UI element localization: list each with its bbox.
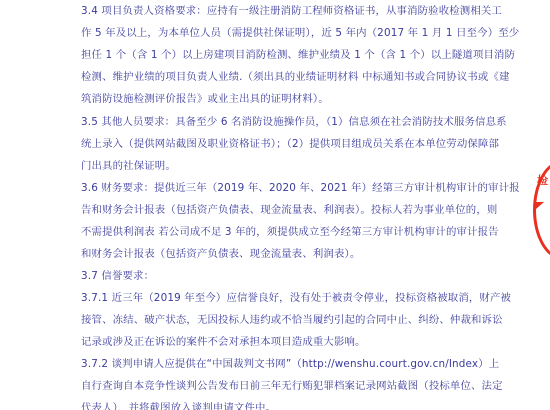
text-line: 3.5 其他人员要求：具备至少 6 名消防设施操作员，（1）信息须在社会消防技术…	[81, 115, 507, 129]
text-line: 检测、维护业绩的项目负责人业绩.（须出具的业绩证明材料 中标通知书或合同协议书或…	[81, 70, 510, 84]
text-line: 代表人），并将截图放入谈判申请文件中。	[81, 401, 276, 410]
seal-star-icon	[536, 202, 544, 209]
text-line: 记录或涉及正在诉讼的案件不会对承担本项目造成重大影响。	[81, 335, 366, 349]
text-line: 3.6 财务要求：提供近三年（2019 年、2020 年、2021 年）经第三方…	[81, 181, 520, 195]
text-line: 担任 1 个（含 1 个）以上房建项目消防检测、维护业绩及 1 个（含 1 个）…	[81, 48, 515, 62]
text-line: 3.7.2 谈判申请人应提供在“中国裁判文书网”（http://wenshu.c…	[81, 357, 499, 371]
text-line: 统上录入（提供网站截图及职业资格证书）；（2）提供项目组成员关系在本单位劳动保障…	[81, 137, 499, 151]
text-line: 接管、冻结、破产状态，无因投标人违约或不恰当履约引起的合同中止、纠纷、仲裁和诉讼	[81, 313, 503, 327]
text-line: 门出具的社保证明。	[81, 159, 176, 173]
text-line: 和财务会计报表（包括资产负债表、现金流量表、利润表）。	[81, 247, 360, 261]
text-line: 不需提供利润表 若公司成不足 3 年的，须提供成立至今经第三方审计机构审计的审计…	[81, 225, 499, 239]
text-line: 3.7.1 近三年（2019 年至今）应信誉良好，没有处于被责令停业，投标资格被…	[81, 291, 511, 305]
text-line: 告和财务会计报表（包括资产负债表、现金流量表、利润表）。投标人若为事业单位的，则	[81, 203, 497, 217]
text-line: 3.4 项目负责人资格要求：应持有一级注册消防工程师资格证书，从事消防验收检测相…	[81, 4, 502, 18]
text-line: 作 5 年及以上，为本单位人员（需提供社保证明），近 5 年内（2017 年 1…	[81, 26, 519, 40]
text-line: 3.7 信誉要求：	[81, 269, 154, 283]
text-line: 自行查询自本竞争性谈判公告发布日前三年无行贿犯罪档案记录网站截图（投标单位、法定	[81, 379, 503, 393]
text-line: 筑消防设施检测评价报告》或业主出具的证明材料）。	[81, 92, 329, 106]
seal-text: 检	[537, 172, 548, 188]
